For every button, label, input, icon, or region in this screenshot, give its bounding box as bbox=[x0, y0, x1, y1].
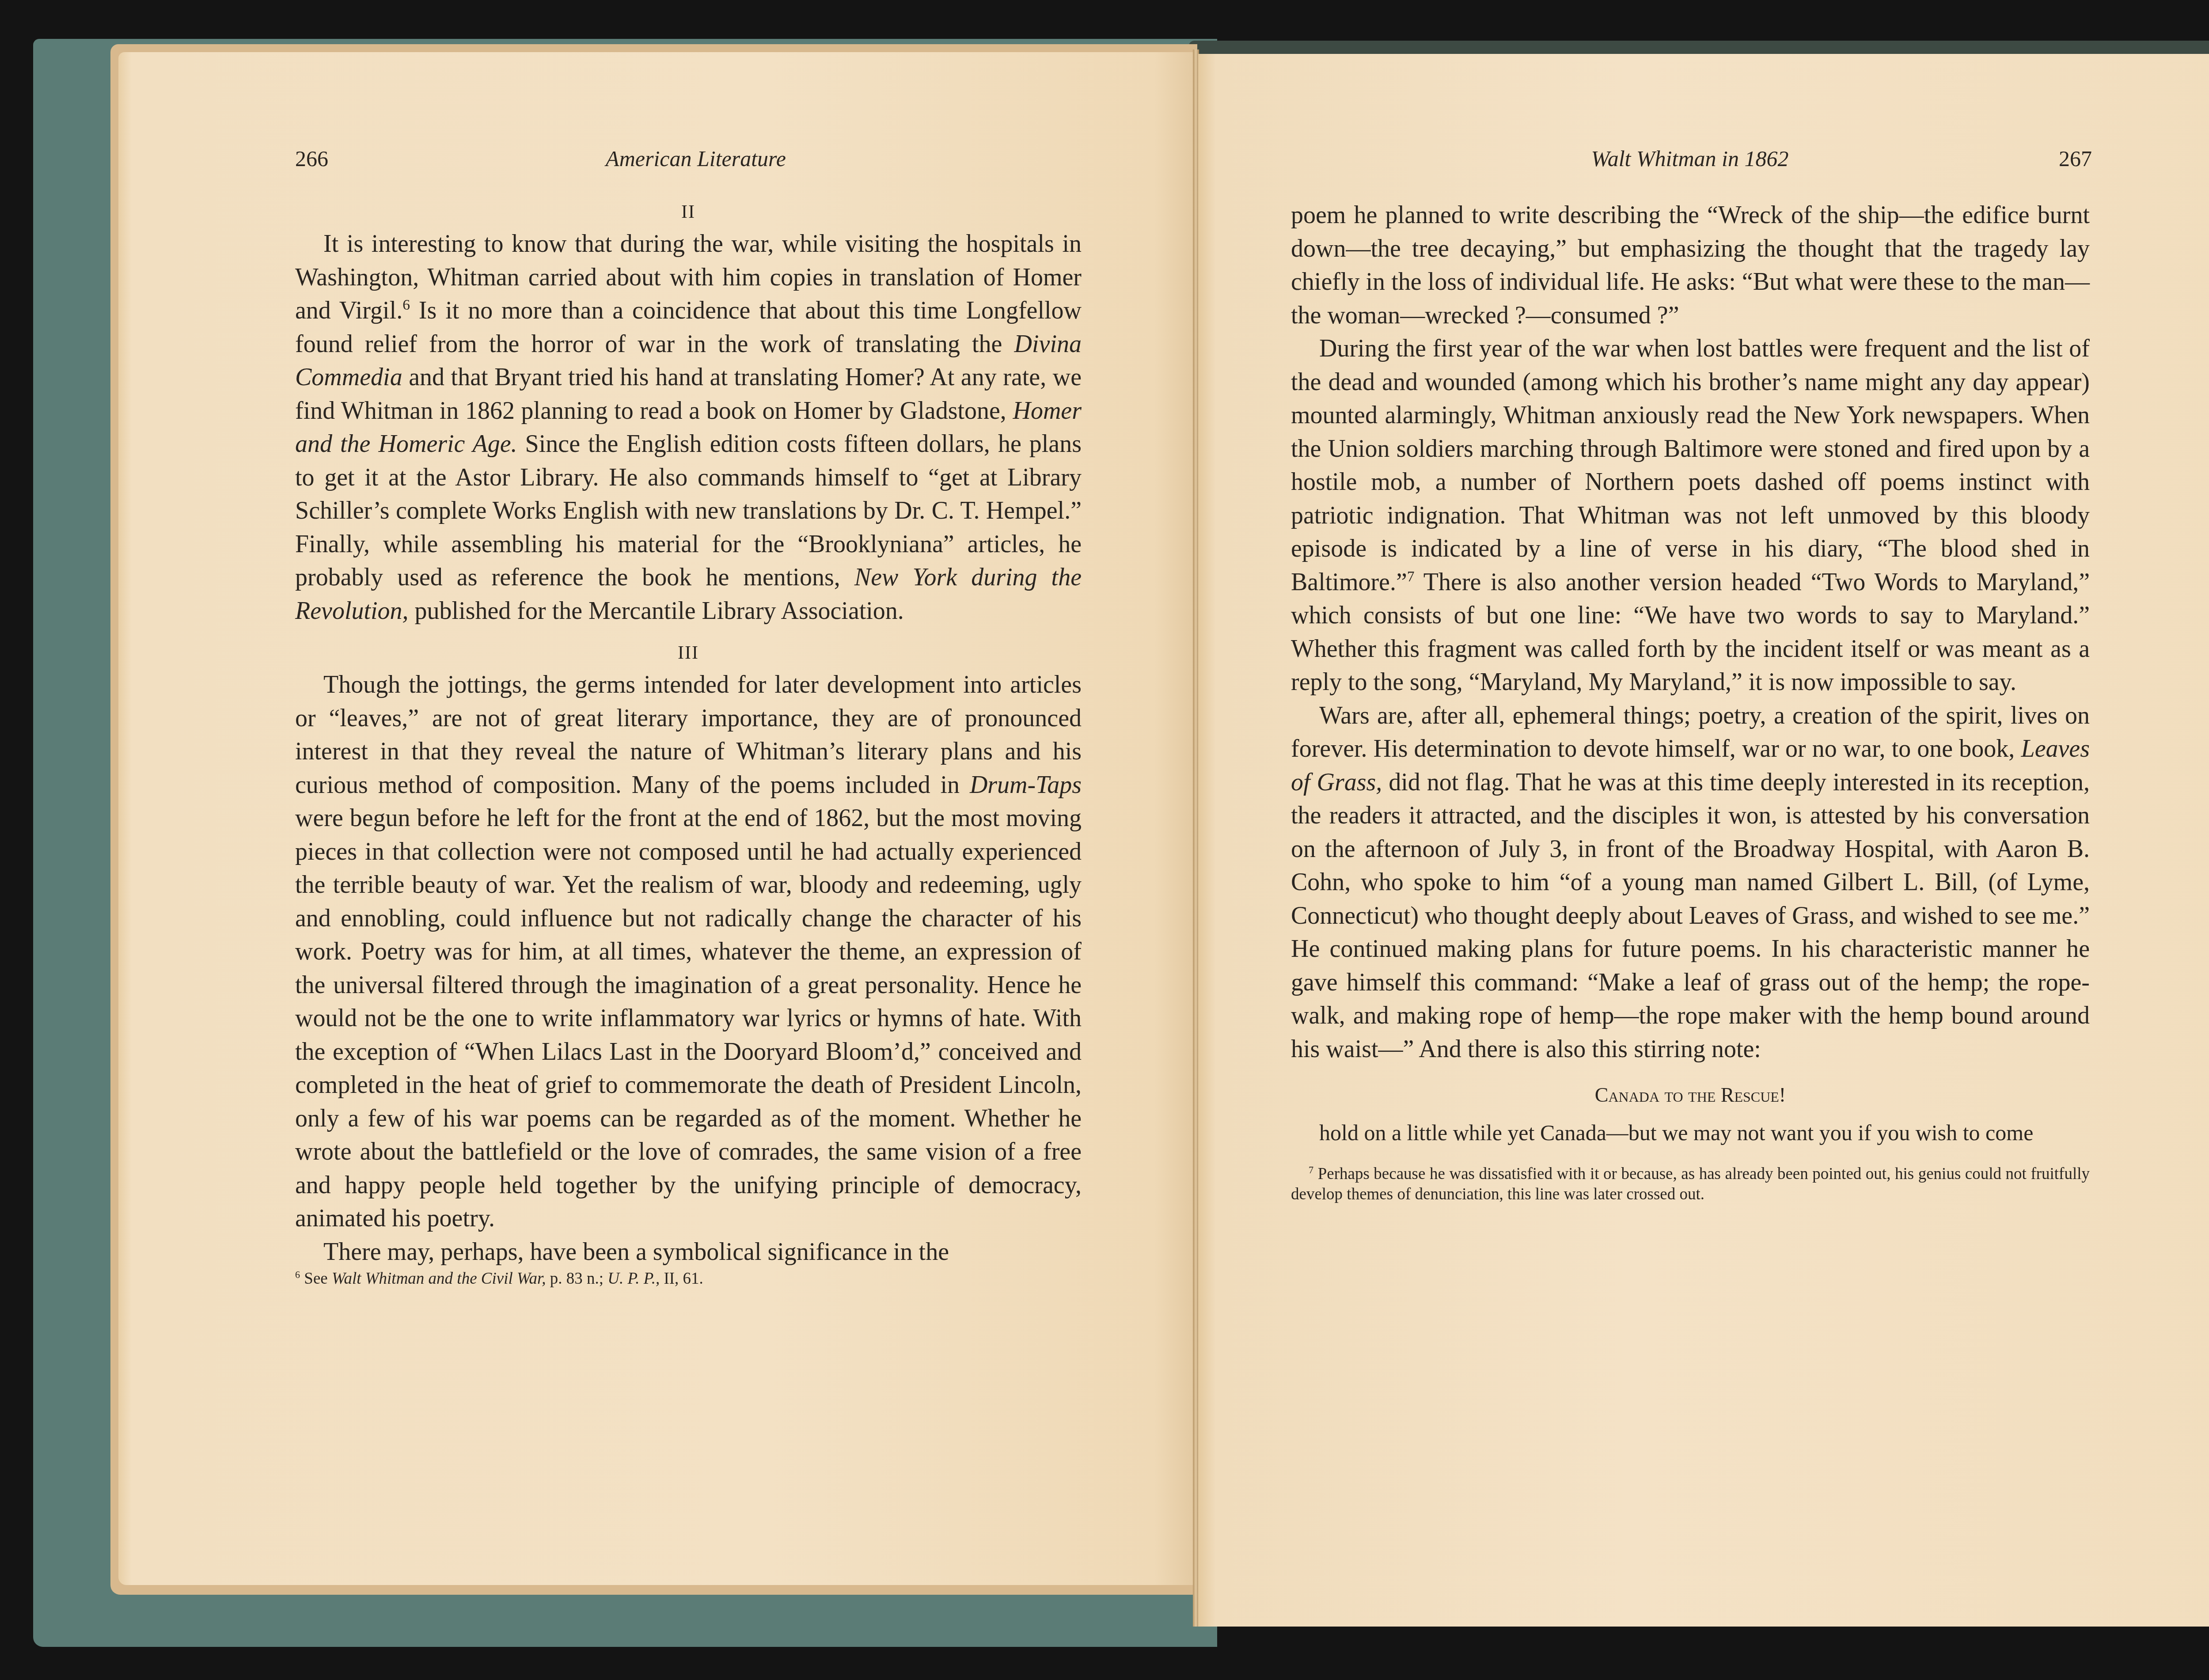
section-heading-iii: III bbox=[295, 637, 1082, 668]
book-cover-top-edge bbox=[1188, 41, 2209, 54]
quote-title: Canada to the Rescue! bbox=[1291, 1078, 2090, 1112]
running-head-left: American Literature bbox=[508, 146, 884, 171]
paragraph: During the first year of the war when lo… bbox=[1291, 332, 2090, 699]
page-number-right: 267 bbox=[2059, 146, 2092, 171]
left-text-column: II It is interesting to know that during… bbox=[295, 197, 1082, 1289]
paragraph: Wars are, after all, ephemeral things; p… bbox=[1291, 699, 2090, 1066]
section-heading-ii: II bbox=[295, 197, 1082, 228]
running-head-right: Walt Whitman in 1862 bbox=[1502, 146, 1878, 171]
paragraph: There may, perhaps, have been a symbolic… bbox=[295, 1236, 1082, 1269]
paragraph: poem he planned to write describing the … bbox=[1291, 199, 2090, 332]
footnote-7: 7 Perhaps because he was dissatisfied wi… bbox=[1291, 1164, 2090, 1205]
footnote-6: 6 See Walt Whitman and the Civil War, p.… bbox=[295, 1269, 1082, 1289]
right-text-column: poem he planned to write describing the … bbox=[1291, 199, 2090, 1205]
paragraph: It is interesting to know that during th… bbox=[295, 228, 1082, 628]
paragraph: Though the jottings, the germs intended … bbox=[295, 668, 1082, 1236]
page-number-left: 266 bbox=[295, 146, 328, 171]
block-quote: hold on a little while yet Canada—but we… bbox=[1291, 1118, 2090, 1147]
